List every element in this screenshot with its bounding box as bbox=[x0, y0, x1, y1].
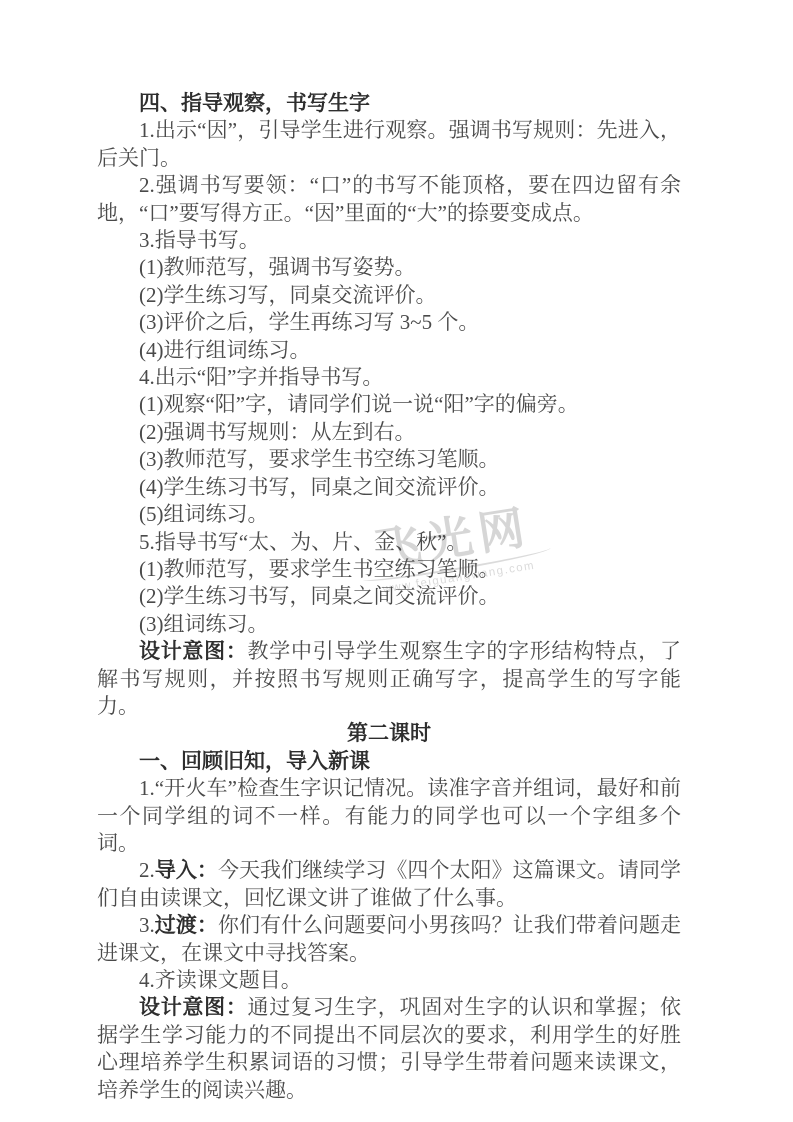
text-run: 3. bbox=[139, 913, 155, 937]
text-run: 1.出示“因”，引导学生进行观察。强调书写规则：先进入，后关门。 bbox=[97, 118, 681, 169]
paragraph: (4)进行组词练习。 bbox=[97, 337, 681, 364]
session-title: 第二课时 bbox=[97, 720, 681, 747]
text-run: (2)学生练习写，同桌交流评价。 bbox=[139, 283, 437, 307]
text-run: 3.指导书写。 bbox=[139, 228, 260, 252]
paragraph: (3)组词练习。 bbox=[97, 611, 681, 638]
paragraph: (3)教师范写，要求学生书空练习笔顺。 bbox=[97, 446, 681, 473]
paragraph: 设计意图：通过复习生字，巩固对生字的认识和掌握；依据学生学习能力的不同提出不同层… bbox=[97, 994, 681, 1104]
text-run: (4)进行组词练习。 bbox=[139, 338, 311, 362]
text-run: (1)教师范写，要求学生书空练习笔顺。 bbox=[139, 557, 500, 581]
paragraph: 4.齐读课文题目。 bbox=[97, 967, 681, 994]
text-run: (3)评价之后，学生再练习写 3~5 个。 bbox=[139, 310, 479, 334]
text-run: (4)学生练习书写，同桌之间交流评价。 bbox=[139, 475, 500, 499]
bold-text-run: 过渡： bbox=[155, 914, 218, 937]
paragraph: (2)强调书写规则：从左到右。 bbox=[97, 419, 681, 446]
section-heading: 一、回顾旧知，导入新课 bbox=[97, 748, 681, 775]
text-run: (1)教师范写，强调书写姿势。 bbox=[139, 255, 416, 279]
text-run: 2. bbox=[139, 858, 155, 882]
paragraph: 3.过渡：你们有什么问题要问小男孩吗？让我们带着问题走进课文，在课文中寻找答案。 bbox=[97, 912, 681, 967]
text-run: 5.指导书写“太、为、片、金、秋”。 bbox=[139, 530, 467, 554]
paragraph: 设计意图：教学中引导学生观察生字的字形结构特点，了解书写规则，并按照书写规则正确… bbox=[97, 638, 681, 720]
paragraph: 1.“开火车”检查生字识记情况。读准字音并组词，最好和前一个同学组的词不一样。有… bbox=[97, 775, 681, 857]
bold-text-run: 一、回顾旧知，导入新课 bbox=[139, 750, 370, 773]
paragraph: (4)学生练习书写，同桌之间交流评价。 bbox=[97, 474, 681, 501]
text-run: (5)组词练习。 bbox=[139, 502, 269, 526]
paragraph: 4.出示“阳”字并指导书写。 bbox=[97, 364, 681, 391]
bold-text-run: 设计意图： bbox=[139, 996, 248, 1019]
paragraph: 5.指导书写“太、为、片、金、秋”。 bbox=[97, 529, 681, 556]
text-run: 2.强调书写要领：“口”的书写不能顶格，要在四边留有余地，“口”要写得方正。“因… bbox=[97, 173, 681, 224]
paragraph: (3)评价之后，学生再练习写 3~5 个。 bbox=[97, 309, 681, 336]
document-page: 飞光网 www.feiguangwang.com 四、指导观察，书写生字1.出示… bbox=[0, 0, 793, 1122]
paragraph: (2)学生练习写，同桌交流评价。 bbox=[97, 282, 681, 309]
paragraph: (5)组词练习。 bbox=[97, 501, 681, 528]
bold-text-run: 导入： bbox=[155, 859, 218, 882]
text-run: (3)教师范写，要求学生书空练习笔顺。 bbox=[139, 447, 500, 471]
bold-text-run: 四、指导观察，书写生字 bbox=[139, 92, 370, 115]
text-run: (2)强调书写规则：从左到右。 bbox=[139, 420, 416, 444]
text-run: 4.出示“阳”字并指导书写。 bbox=[139, 365, 383, 389]
text-run: (3)组词练习。 bbox=[139, 612, 269, 636]
text-run: 1.“开火车”检查生字识记情况。读准字音并组词，最好和前一个同学组的词不一样。有… bbox=[97, 776, 681, 855]
paragraph: 3.指导书写。 bbox=[97, 227, 681, 254]
paragraph: (1)教师范写，强调书写姿势。 bbox=[97, 254, 681, 281]
paragraph: (1)教师范写，要求学生书空练习笔顺。 bbox=[97, 556, 681, 583]
paragraph: 2.强调书写要领：“口”的书写不能顶格，要在四边留有余地，“口”要写得方正。“因… bbox=[97, 172, 681, 227]
text-run: (1)观察“阳”字，请同学们说一说“阳”字的偏旁。 bbox=[139, 392, 579, 416]
paragraph: 1.出示“因”，引导学生进行观察。强调书写规则：先进入，后关门。 bbox=[97, 117, 681, 172]
section-heading: 四、指导观察，书写生字 bbox=[97, 90, 681, 117]
paragraph: 2.导入：今天我们继续学习《四个太阳》这篇课文。请同学们自由读课文，回忆课文讲了… bbox=[97, 857, 681, 912]
text-run: (2)学生练习书写，同桌之间交流评价。 bbox=[139, 584, 500, 608]
bold-text-run: 第二课时 bbox=[347, 722, 431, 745]
paragraph: (2)学生练习书写，同桌之间交流评价。 bbox=[97, 583, 681, 610]
document-body: 四、指导观察，书写生字1.出示“因”，引导学生进行观察。强调书写规则：先进入，后… bbox=[97, 90, 681, 1104]
bold-text-run: 设计意图： bbox=[139, 640, 248, 663]
paragraph: (1)观察“阳”字，请同学们说一说“阳”字的偏旁。 bbox=[97, 391, 681, 418]
text-run: 4.齐读课文题目。 bbox=[139, 968, 302, 992]
